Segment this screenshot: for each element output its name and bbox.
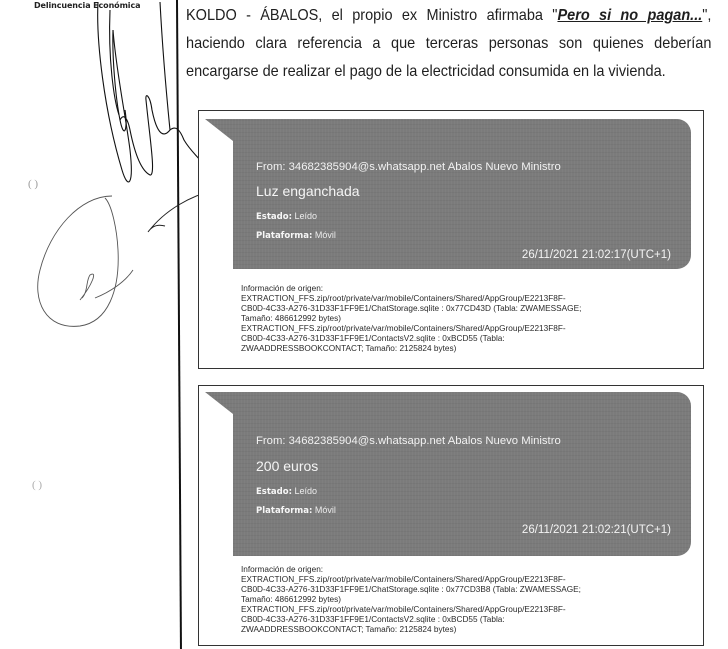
message-bubble: From: 34682385904@s.whatsapp.net Abalos … xyxy=(205,119,691,269)
narrative-paragraph: KOLDO - ÁBALOS, el propio ex Ministro af… xyxy=(186,2,673,86)
origin-info: Información de origen: EXTRACTION_FFS.zi… xyxy=(241,564,683,634)
message-sender: From: 34682385904@s.whatsapp.net Abalos … xyxy=(256,435,561,447)
paragraph-line-3: encargarse de realizar el pago de la ele… xyxy=(186,58,711,86)
message-timestamp: 26/11/2021 21:02:17(UTC+1) xyxy=(522,249,671,261)
origin-line: CB0D-4C33-A276-31D33F1FF9E1/ChatStorage.… xyxy=(241,303,683,313)
origin-line: Tamaño: 486612992 bytes) xyxy=(241,594,683,604)
origin-line: EXTRACTION_FFS.zip/root/private/var/mobi… xyxy=(241,323,683,333)
message-platform: Plataforma: Móvil xyxy=(256,230,336,241)
origin-line: EXTRACTION_FFS.zip/root/private/var/mobi… xyxy=(241,293,683,303)
message-card: From: 34682385904@s.whatsapp.net Abalos … xyxy=(198,110,704,369)
margin-mark-2: ( ) xyxy=(32,479,42,491)
origin-line: ZWAADDRESSBOOKCONTACT; Tamaño: 2125824 b… xyxy=(241,343,683,353)
signature-scribble xyxy=(98,2,200,182)
origin-line: ZWAADDRESSBOOKCONTACT; Tamaño: 2125824 b… xyxy=(241,624,683,634)
paragraph-line-1: KOLDO - ÁBALOS, el propio ex Ministro af… xyxy=(186,2,711,30)
department-label: Delincuencia Económica xyxy=(34,1,140,10)
origin-line: EXTRACTION_FFS.zip/root/private/var/mobi… xyxy=(241,574,683,584)
margin-mark-1: ( ) xyxy=(28,178,38,190)
message-bubble: From: 34682385904@s.whatsapp.net Abalos … xyxy=(205,392,691,556)
message-sender: From: 34682385904@s.whatsapp.net Abalos … xyxy=(256,161,561,173)
message-status: Estado: Leído xyxy=(256,211,317,222)
message-text: Luz enganchada xyxy=(256,183,360,199)
message-status: Estado: Leído xyxy=(256,486,317,497)
margin-rule xyxy=(176,0,182,649)
message-platform: Plataforma: Móvil xyxy=(256,505,336,516)
handwritten-loop xyxy=(38,196,133,326)
origin-line: CB0D-4C33-A276-31D33F1FF9E1/ContactsV2.s… xyxy=(241,333,683,343)
origin-title: Información de origen: xyxy=(241,283,683,293)
message-card: From: 34682385904@s.whatsapp.net Abalos … xyxy=(198,385,704,646)
paragraph-line-2: haciendo clara referencia a que terceras… xyxy=(186,30,711,58)
origin-line: Tamaño: 486612992 bytes) xyxy=(241,313,683,323)
origin-line: CB0D-4C33-A276-31D33F1FF9E1/ChatStorage.… xyxy=(241,584,683,594)
origin-info: Información de origen: EXTRACTION_FFS.zi… xyxy=(241,283,683,353)
message-text: 200 euros xyxy=(256,458,318,474)
quoted-phrase: Pero si no pagan... xyxy=(557,7,702,24)
origin-title: Información de origen: xyxy=(241,564,683,574)
message-timestamp: 26/11/2021 21:02:21(UTC+1) xyxy=(522,524,671,536)
origin-line: CB0D-4C33-A276-31D33F1FF9E1/ContactsV2.s… xyxy=(241,614,683,624)
origin-line: EXTRACTION_FFS.zip/root/private/var/mobi… xyxy=(241,604,683,614)
